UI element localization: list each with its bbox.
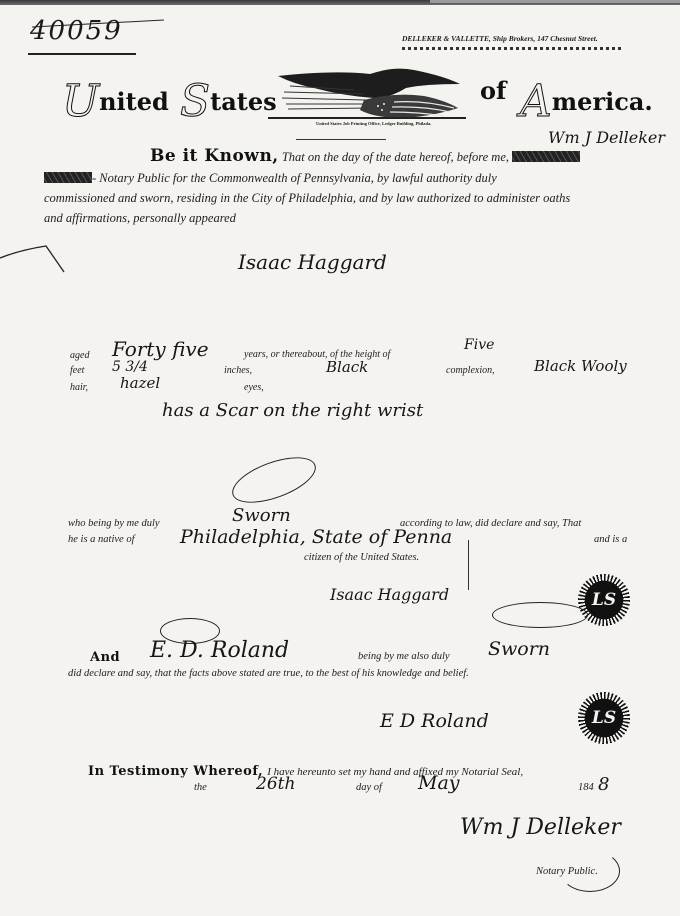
oath-text-1: who being by me duly	[68, 518, 160, 529]
eagle-rule	[268, 117, 466, 119]
eyes-value: hazel	[120, 374, 160, 392]
printer-imprint: United States Job Printing Office, Ledge…	[316, 121, 431, 126]
witness-name: E. D. Roland	[150, 638, 289, 663]
day-of-label: day of	[356, 782, 382, 793]
witness-text-2: did declare and say, that the facts abov…	[68, 668, 469, 679]
docnum-rule-bottom	[28, 53, 136, 55]
distinguishing-marks: has a Scar on the right wrist	[162, 400, 423, 421]
sworn-flourish-2	[492, 602, 588, 628]
age-value: Forty five	[112, 337, 209, 361]
intro-text-2: - Notary Public for the Commonwealth of …	[92, 171, 497, 185]
witness-signature: E D Roland	[380, 710, 489, 732]
intro-line-1: Be it Known, That on the day of the date…	[150, 146, 580, 166]
fold-line	[468, 540, 469, 590]
aged-label: aged	[70, 350, 89, 361]
height-inches-value: 5 3/4	[112, 359, 148, 375]
margin-mark	[0, 242, 70, 278]
heading-united: United	[62, 76, 169, 127]
heading-america: America.	[520, 76, 653, 127]
oath-sworn-value: Sworn	[232, 505, 291, 526]
year-suffix: 8	[598, 774, 609, 795]
scan-edge-right	[430, 0, 680, 3]
inches-label: inches,	[224, 365, 252, 376]
printer-underline	[402, 47, 624, 50]
witness-sworn-value: Sworn	[488, 638, 550, 660]
notarial-seal-2: LS	[578, 692, 630, 744]
testimony-text: I have hereunto set my hand and affixed …	[267, 766, 523, 778]
month-value: May	[418, 772, 460, 794]
witness-text-1: being by me also duly	[358, 651, 450, 662]
and-label: And	[90, 650, 120, 665]
ornamental-rule	[296, 139, 386, 140]
appearing-person-name: Isaac Haggard	[238, 250, 387, 274]
notary-name-handwritten: Wm J Delleker	[548, 128, 665, 147]
oath-text-3: he is a native of	[68, 534, 135, 545]
intro-line-4: and affirmations, personally appeared	[44, 211, 236, 226]
hair-label: hair,	[70, 382, 88, 393]
eagle-flag-emblem	[274, 62, 466, 122]
applicant-signature: Isaac Haggard	[330, 585, 449, 604]
testimony-heading: In Testimony Whereof,	[88, 764, 263, 779]
height-feet-value: Five	[464, 337, 494, 353]
notary-title: Notary Public.	[536, 866, 598, 877]
intro-line-2: - Notary Public for the Commonwealth of …	[44, 171, 497, 186]
complexion-value: Black	[326, 358, 368, 376]
day-value: 26th	[256, 774, 295, 794]
oath-text-5: citizen of the United States.	[304, 552, 419, 563]
heading-of: of	[480, 76, 506, 105]
complexion-label: complexion,	[446, 365, 495, 376]
struck-name-2	[44, 172, 92, 183]
notary-signature: Wm J Delleker	[460, 815, 621, 840]
be-it-known-heading: Be it Known,	[150, 146, 279, 166]
struck-name	[512, 151, 580, 162]
years-label: years, or thereabout, of the height of	[244, 349, 390, 360]
eyes-label: eyes,	[244, 382, 264, 393]
sworn-flourish	[226, 448, 321, 512]
feet-label: feet	[70, 365, 84, 376]
the-label: the	[194, 782, 207, 793]
intro-text-1: That on the day of the date hereof, befo…	[282, 150, 509, 164]
oath-text-4: and is a	[594, 534, 627, 545]
hair-value: Black Wooly	[534, 357, 627, 375]
document-number: 40059	[30, 16, 123, 46]
heading-states: States	[180, 76, 277, 127]
native-place-value: Philadelphia, State of Penna	[180, 526, 452, 548]
year-prefix: 184	[578, 782, 594, 793]
printer-line: DELLEKER & VALLETTE, Ship Brokers, 147 C…	[402, 34, 598, 43]
intro-line-3: commissioned and sworn, residing in the …	[44, 191, 570, 206]
